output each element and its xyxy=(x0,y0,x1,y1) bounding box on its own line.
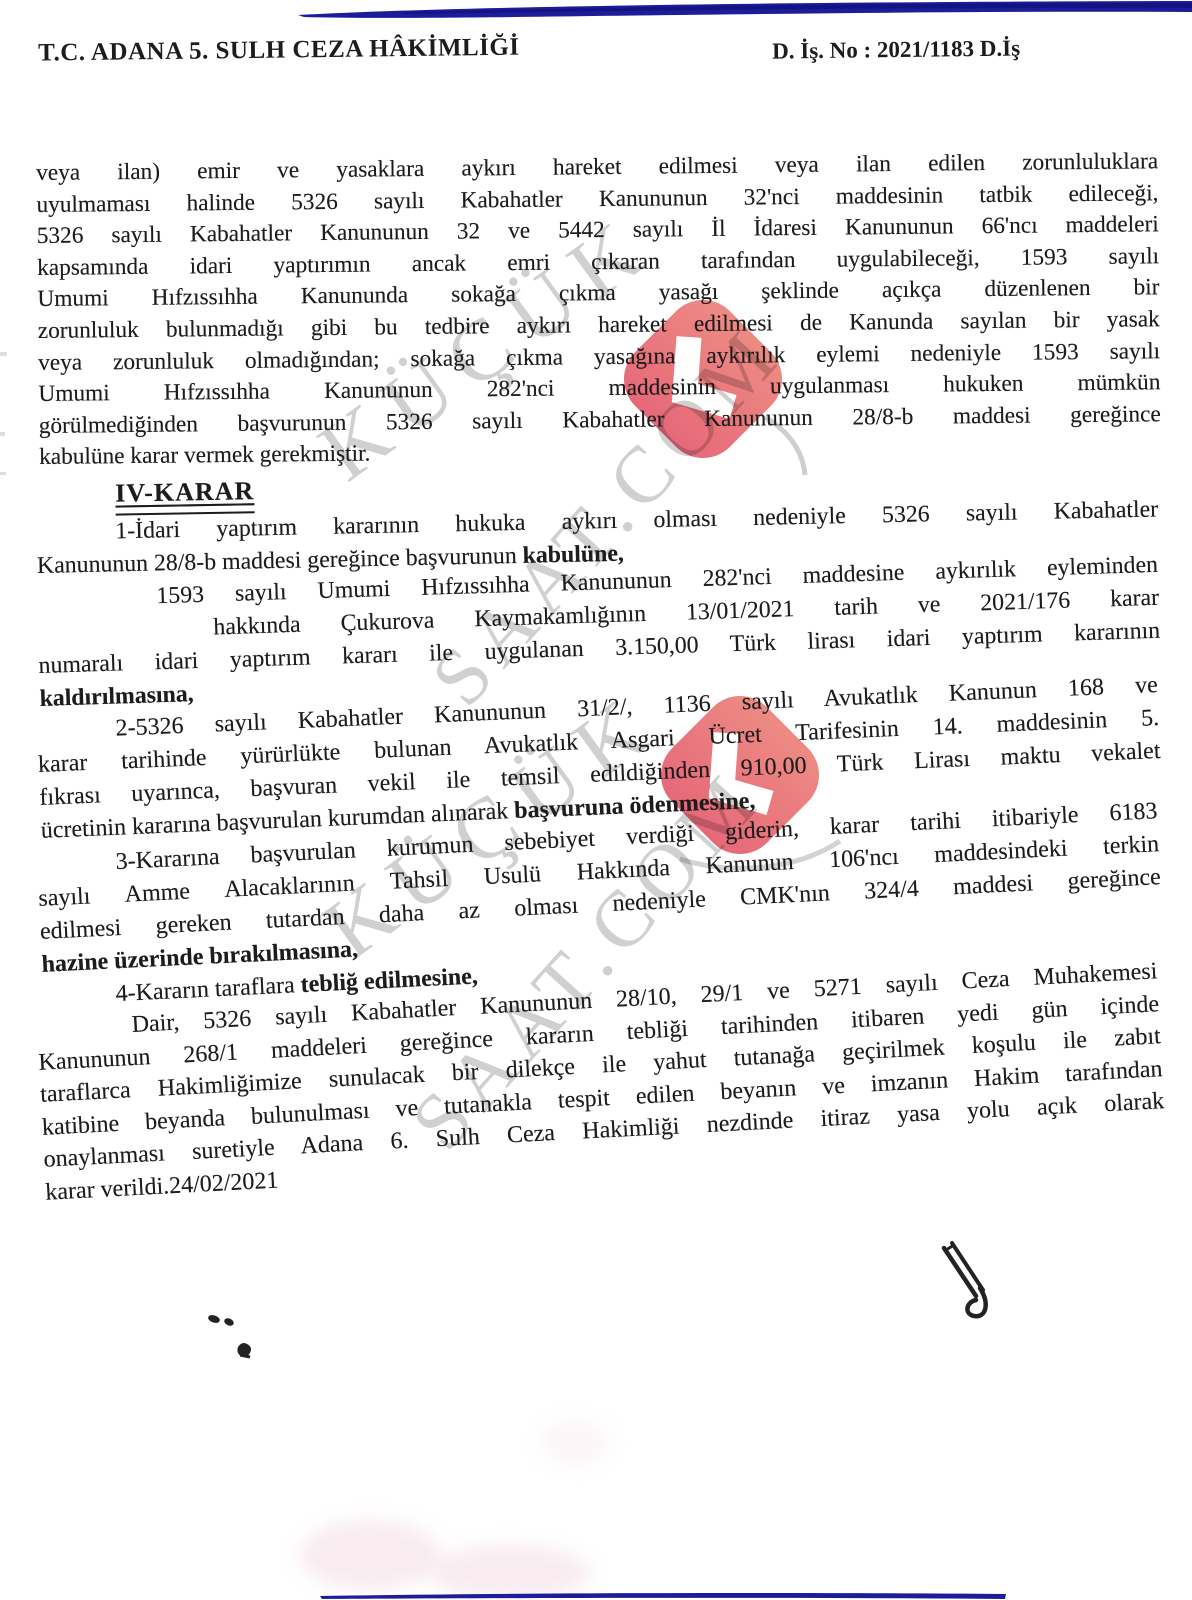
court-title: T.C. ADANA 5. SULH CEZA HÂKİMLİĞİ xyxy=(38,34,520,68)
top-scan-bar xyxy=(0,0,1192,30)
scan-noise-speck xyxy=(0,432,5,436)
paragraph-reasoning: veya ilan) emir ve yasaklara aykırı hare… xyxy=(36,146,1161,474)
pen-stroke-mark xyxy=(930,1238,1020,1338)
ink-dots-mark xyxy=(200,1305,280,1375)
scan-smudge xyxy=(300,1520,440,1590)
scan-noise-speck xyxy=(0,472,6,475)
scan-smudge xyxy=(540,1420,610,1465)
case-number: D. İş. No : 2021/1183 D.İş xyxy=(772,36,1020,65)
scanned-court-document: { "page": {"width": 1192, "height": 1600… xyxy=(0,0,1192,1600)
karar-heading-label: IV-KARAR xyxy=(115,474,255,515)
bottom-scan-bar xyxy=(0,1588,1192,1600)
scan-noise-speck xyxy=(0,352,7,356)
